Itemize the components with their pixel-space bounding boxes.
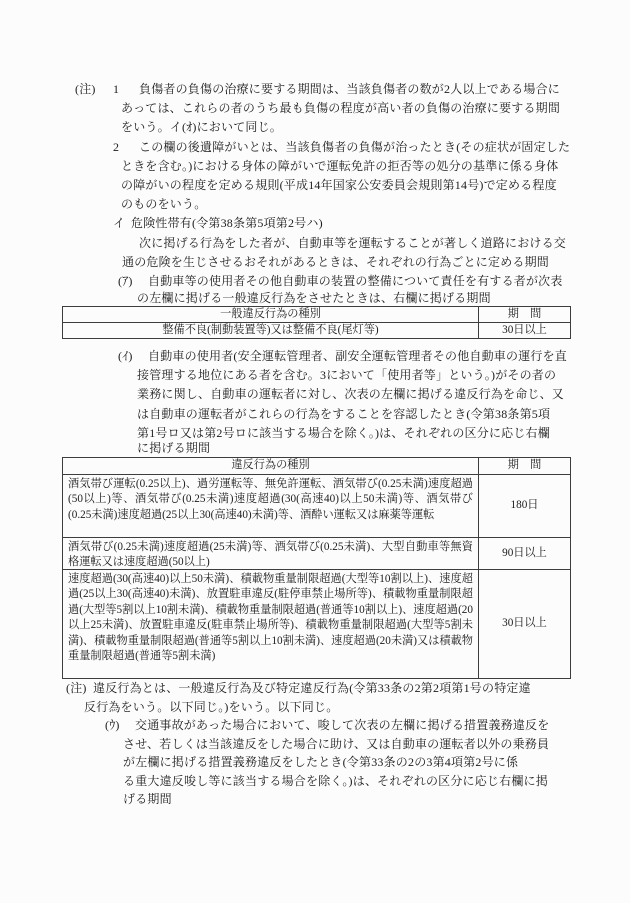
- period-header-text: 期 間: [479, 307, 570, 322]
- table-row: 酒気帯び運転(0.25以上)、過労運転等、無免許運転、酒気帯び(0.25未満)速…: [63, 475, 571, 538]
- table-row: 速度超過(30(高速40)以上50未満)、積載物重量制限超過(大型等10割以上)…: [63, 570, 571, 679]
- document-text-line: に掲げる期間: [137, 441, 210, 455]
- document-text-line: 次に掲げる行為をした者が、自動車等を運転することが著しく道路における交: [139, 236, 566, 250]
- document-text-line: のものをいう。: [121, 197, 206, 211]
- document-text-line: げる期間: [123, 792, 172, 806]
- violation-table: 違反行為の種別期 間酒気帯び運転(0.25以上)、過労運転等、無免許運転、酒気帯…: [62, 457, 571, 679]
- table-row: 整備不良(制動装置等)又は整備不良(尾灯等)30日以上: [63, 323, 571, 339]
- document-text-line: (ｲ): [118, 349, 133, 363]
- violation-type-cell-text: 速度超過(30(高速40)以上50未満)、積載物重量制限超過(大型等10割以上)…: [63, 570, 478, 678]
- violation-type-header-text: 一般違反行為の種別: [63, 307, 478, 322]
- period-header: 期 間: [479, 458, 571, 475]
- document-text-line: は自動車の運転者がこれらの行為をすることを容認したとき(令第38条第5項: [137, 407, 550, 421]
- document-text-line: 反行為をいう。以下同じ。)をいう。以下同じ。: [84, 700, 338, 714]
- document-text-line: (注): [75, 82, 96, 96]
- document-text-line: (注): [66, 681, 87, 695]
- document-text-line: 接管理する地位にある者を含む。3において「使用者等」という。)がその者の: [137, 368, 556, 382]
- period-cell: 90日以上: [479, 538, 571, 570]
- period-cell: 180日: [479, 475, 571, 538]
- document-text-line: 2: [113, 140, 119, 154]
- document-text-line: る重大違反唆し等に該当する場合を除く。)は、それぞれの区分に応じ右欄に掲: [123, 774, 548, 788]
- document-text-line: 自動車の使用者(安全運転管理者、副安全運転管理者その他自動車の運行を直: [148, 349, 567, 363]
- document-text-line: 1: [113, 82, 119, 96]
- violation-type-cell: 酒気帯び(0.25未満)速度超過(25未満)等、酒気帯び(0.25未満)、大型自…: [63, 538, 479, 570]
- table-row: 一般違反行為の種別期 間: [63, 307, 571, 323]
- violation-type-cell-text: 酒気帯び(0.25未満)速度超過(25未満)等、酒気帯び(0.25未満)、大型自…: [63, 538, 478, 569]
- period-cell-text: 30日以上: [479, 572, 570, 676]
- document-text-line: 負傷者の負傷の治療に要する期間は、当該負傷者の数が2人以上である場合に: [139, 82, 560, 96]
- period-cell-text: 180日: [479, 477, 570, 535]
- table-row: 酒気帯び(0.25未満)速度超過(25未満)等、酒気帯び(0.25未満)、大型自…: [63, 538, 571, 570]
- period-cell: 30日以上: [479, 570, 571, 679]
- document-text-line: 違反行為とは、一般違反行為及び特定違反行為(令第33条の2第2項第1号の特定違: [93, 681, 531, 695]
- period-header-text: 期 間: [479, 458, 570, 474]
- document-page: (注)1負傷者の負傷の治療に要する期間は、当該負傷者の数が2人以上である場合にあ…: [0, 0, 630, 903]
- document-text-line: が左欄に掲げる措置義務違反をしたとき(令第33条の2の3第4項第2号に係: [123, 755, 518, 769]
- document-text-line: 危険性帯有(令第38条第5項第2号ハ): [131, 216, 323, 230]
- table-row: 違反行為の種別期 間: [63, 458, 571, 475]
- period-cell: 30日以上: [479, 323, 571, 339]
- document-text-line: 自動車等の使用者その他自動車の装置の整備について責任を有する者が次表: [148, 274, 563, 288]
- period-cell-text: 30日以上: [479, 323, 570, 338]
- document-text-line: あっては、これらの者のうち最も負傷の程度が高い者の負傷の治療に要する期間: [121, 101, 560, 115]
- document-text-line: 第1号ロ又は第2号ロに該当する場合を除く。)は、それぞれの区分に応じ右欄: [137, 426, 550, 440]
- violation-type-cell-text: 整備不良(制動装置等)又は整備不良(尾灯等): [63, 323, 478, 338]
- document-text-line: の左欄に掲げる一般違反行為をさせたときは、右欄に掲げる期間: [137, 291, 491, 305]
- document-text-line: イ: [113, 216, 125, 230]
- violation-type-header-text: 違反行為の種別: [63, 458, 478, 474]
- general-violation-table: 一般違反行為の種別期 間整備不良(制動装置等)又は整備不良(尾灯等)30日以上: [62, 306, 571, 339]
- violation-type-cell: 整備不良(制動装置等)又は整備不良(尾灯等): [63, 323, 479, 339]
- period-cell-text: 90日以上: [479, 540, 570, 567]
- violation-type-cell-text: 酒気帯び運転(0.25以上)、過労運転等、無免許運転、酒気帯び(0.25未満)速…: [63, 475, 478, 537]
- violation-type-header: 一般違反行為の種別: [63, 307, 479, 323]
- violation-type-header: 違反行為の種別: [63, 458, 479, 475]
- violation-type-cell: 酒気帯び運転(0.25以上)、過労運転等、無免許運転、酒気帯び(0.25未満)速…: [63, 475, 479, 538]
- document-text-line: この欄の後遺障がいとは、当該負傷者の負傷が治ったとき(その症状が固定した: [139, 140, 570, 154]
- violation-type-cell: 速度超過(30(高速40)以上50未満)、積載物重量制限超過(大型等10割以上)…: [63, 570, 479, 679]
- document-text-line: 交通事故があった場合において、唆して次表の左欄に掲げる措置義務違反を: [135, 718, 549, 732]
- document-text-line: の障がいの程度を定める規則(平成14年国家公安委員会規則第14号)で定める程度: [121, 178, 557, 192]
- period-header: 期 間: [479, 307, 571, 323]
- document-text-line: 業務に関し、自動車の運転者に対し、次表の左欄に掲げる違反行為を命じ、又: [137, 387, 564, 401]
- document-text-line: 通の危険を生じさせるおそれがあるときは、それぞれの行為ごとに定める期間: [122, 255, 549, 269]
- document-text-line: ときを含む。)における身体の障がいで運転免許の拒否等の処分の基準に係る身体: [121, 159, 558, 173]
- document-text-line: させ、若しくは当該違反をした場合に助け、又は自動車の運転者以外の乗務員: [123, 737, 549, 751]
- document-text-line: (ｱ): [118, 274, 133, 288]
- document-text-line: をいう。イ(ｵ)において同じ。: [121, 120, 282, 134]
- document-text-line: (ｳ): [105, 718, 120, 732]
